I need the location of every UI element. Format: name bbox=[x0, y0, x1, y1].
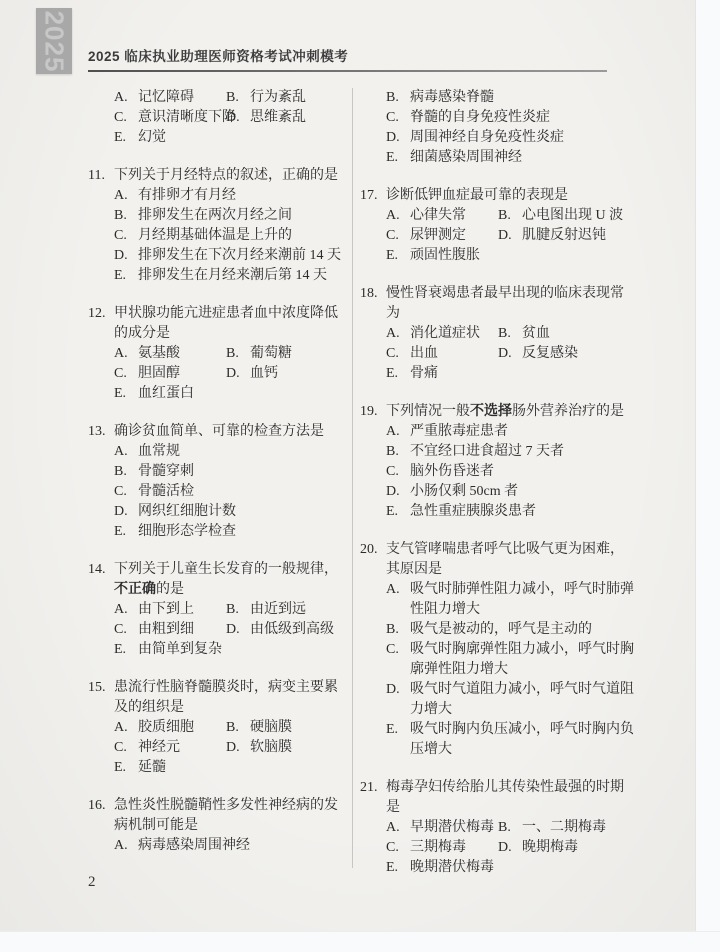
option-item: D.小肠仅剩 50cm 者 bbox=[386, 482, 637, 502]
option-text: 晚期潜伏梅毒 bbox=[410, 858, 498, 878]
question-number: 20. bbox=[360, 540, 386, 760]
option-item: C.三期梅毒 bbox=[386, 838, 498, 858]
option-text: 顽固性腹胀 bbox=[410, 246, 498, 266]
option-text: 早期潜伏梅毒 bbox=[410, 818, 498, 838]
option-item: A.心律失常 bbox=[386, 206, 498, 226]
option-label: C. bbox=[386, 344, 410, 364]
options-list: A.早期潜伏梅毒B.一、二期梅毒C.三期梅毒D.晚期梅毒E.晚期潜伏梅毒 bbox=[386, 818, 637, 878]
option-label: B. bbox=[498, 324, 522, 344]
option-item: D.排卵发生在下次月经来潮前 14 天 bbox=[114, 246, 350, 266]
option-label: D. bbox=[226, 108, 250, 128]
question-stem: 急性炎性脱髓鞘性多发性神经病的发病机制可能是 bbox=[114, 796, 350, 836]
option-label: D. bbox=[226, 620, 250, 640]
option-label: E. bbox=[114, 128, 138, 148]
option-label: D. bbox=[498, 226, 522, 246]
question-number: 16. bbox=[88, 796, 114, 856]
options-list: A.心律失常B.心电图出现 U 波C.尿钾测定D.肌腱反射迟钝E.顽固性腹胀 bbox=[386, 206, 637, 266]
option-item: C.出血 bbox=[386, 344, 498, 364]
option-text: 骨痛 bbox=[410, 364, 498, 384]
stem-segment: 梅毒孕妇传给胎儿其传染性最强的时期是 bbox=[386, 780, 624, 815]
stem-segment: 肠外营养治疗的是 bbox=[512, 404, 624, 419]
option-item: D.肌腱反射迟钝 bbox=[498, 226, 637, 246]
options-list: A.病毒感染周围神经 bbox=[114, 836, 350, 856]
option-text: 氨基酸 bbox=[138, 344, 226, 364]
stem-segment: 下列关于儿童生长发育的一般规律， bbox=[114, 562, 338, 577]
stem-segment: 确诊贫血简单、可靠的检查方法是 bbox=[114, 424, 324, 439]
option-label: C. bbox=[114, 738, 138, 758]
option-item: E.幻觉 bbox=[114, 128, 226, 148]
stem-segment: 诊断低钾血症最可靠的表现是 bbox=[386, 188, 568, 203]
question-number: 19. bbox=[360, 402, 386, 522]
option-text: 葡萄糖 bbox=[250, 344, 350, 364]
option-text: 骨髓活检 bbox=[138, 482, 350, 502]
option-item: C.脑外伤昏迷者 bbox=[386, 462, 637, 482]
question-number bbox=[88, 88, 114, 148]
option-text: 由下到上 bbox=[138, 600, 226, 620]
option-item: A.有排卵才有月经 bbox=[114, 186, 350, 206]
options-list: A.消化道症状B.贫血C.出血D.反复感染E.骨痛 bbox=[386, 324, 637, 384]
option-label: C. bbox=[114, 226, 138, 246]
option-item: B.葡萄糖 bbox=[226, 344, 350, 364]
option-item: E.顽固性腹胀 bbox=[386, 246, 498, 266]
option-label: E. bbox=[114, 266, 138, 286]
question-item: 18.慢性肾衰竭患者最早出现的临床表现常为A.消化道症状B.贫血C.出血D.反复… bbox=[360, 284, 637, 384]
page-header-title: 2025 临床执业助理医师资格考试冲刺模考 bbox=[88, 45, 348, 65]
question-number: 11. bbox=[88, 166, 114, 286]
question-number: 15. bbox=[88, 678, 114, 778]
question-item: 15.患流行性脑脊髓膜炎时，病变主要累及的组织是A.胶质细胞B.硬脑膜C.神经元… bbox=[88, 678, 350, 778]
option-label: B. bbox=[226, 344, 250, 364]
options-list: A.胶质细胞B.硬脑膜C.神经元D.软脑膜E.延髓 bbox=[114, 718, 350, 778]
option-label: D. bbox=[226, 738, 250, 758]
option-text: 由粗到细 bbox=[138, 620, 226, 640]
page-number: 2 bbox=[88, 874, 96, 891]
option-label: B. bbox=[386, 88, 410, 108]
option-label: B. bbox=[226, 88, 250, 108]
option-item: B.吸气是被动的，呼气是主动的 bbox=[386, 620, 637, 640]
option-label: B. bbox=[226, 600, 250, 620]
option-label: E. bbox=[386, 246, 410, 266]
option-item: E.骨痛 bbox=[386, 364, 498, 384]
question-item: 19.下列情况一般不选择肠外营养治疗的是A.严重脓毒症患者B.不宜经口进食超过 … bbox=[360, 402, 637, 522]
option-text: 三期梅毒 bbox=[410, 838, 498, 858]
option-text: 血钙 bbox=[250, 364, 350, 384]
option-text: 由近到远 bbox=[250, 600, 350, 620]
option-label: E. bbox=[386, 148, 410, 168]
option-item: B.由近到远 bbox=[226, 600, 350, 620]
option-item: E.由简单到复杂 bbox=[114, 640, 226, 660]
option-text: 贫血 bbox=[522, 324, 637, 344]
question-number: 12. bbox=[88, 304, 114, 404]
stem-segment: 下列关于月经特点的叙述，正确的是 bbox=[114, 168, 338, 183]
option-item: E.排卵发生在月经来潮后第 14 天 bbox=[114, 266, 350, 286]
option-text: 细胞形态学检查 bbox=[138, 522, 350, 542]
question-stem: 慢性肾衰竭患者最早出现的临床表现常为 bbox=[386, 284, 637, 324]
question-body: 下列关于儿童生长发育的一般规律，不正确的是A.由下到上B.由近到远C.由粗到细D… bbox=[114, 560, 350, 660]
options-list: A.记忆障碍B.行为紊乱C.意识清晰度下降D.思维紊乱E.幻觉 bbox=[114, 88, 350, 148]
option-text: 有排卵才有月经 bbox=[138, 186, 350, 206]
option-label: A. bbox=[114, 344, 138, 364]
option-item: B.硬脑膜 bbox=[226, 718, 350, 738]
option-label: D. bbox=[498, 838, 522, 858]
option-item: A.胶质细胞 bbox=[114, 718, 226, 738]
option-label: B. bbox=[386, 442, 410, 462]
question-stem: 下列情况一般不选择肠外营养治疗的是 bbox=[386, 402, 637, 422]
option-text: 软脑膜 bbox=[250, 738, 350, 758]
options-list: B.病毒感染脊髓C.脊髓的自身免疫性炎症D.周围神经自身免疫性炎症E.细菌感染周… bbox=[386, 88, 637, 168]
question-item: 21.梅毒孕妇传给胎儿其传染性最强的时期是A.早期潜伏梅毒B.一、二期梅毒C.三… bbox=[360, 778, 637, 878]
column-divider bbox=[352, 88, 353, 868]
option-item: C.神经元 bbox=[114, 738, 226, 758]
stem-segment: 的是 bbox=[156, 582, 184, 597]
option-text: 一、二期梅毒 bbox=[522, 818, 637, 838]
option-text: 晚期梅毒 bbox=[522, 838, 637, 858]
option-item: D.思维紊乱 bbox=[226, 108, 350, 128]
option-item: C.脊髓的自身免疫性炎症 bbox=[386, 108, 637, 128]
option-item: D.软脑膜 bbox=[226, 738, 350, 758]
option-item: B.行为紊乱 bbox=[226, 88, 350, 108]
stem-bold-segment: 不正确 bbox=[114, 582, 156, 597]
option-item: A.消化道症状 bbox=[386, 324, 498, 344]
option-label: B. bbox=[226, 718, 250, 738]
option-text: 尿钾测定 bbox=[410, 226, 498, 246]
option-item: C.胆固醇 bbox=[114, 364, 226, 384]
option-item: A.由下到上 bbox=[114, 600, 226, 620]
option-label: C. bbox=[114, 364, 138, 384]
option-text: 月经期基础体温是上升的 bbox=[138, 226, 350, 246]
option-text: 幻觉 bbox=[138, 128, 226, 148]
option-label: C. bbox=[386, 838, 410, 858]
question-stem: 确诊贫血简单、可靠的检查方法是 bbox=[114, 422, 350, 442]
option-item: D.晚期梅毒 bbox=[498, 838, 637, 858]
option-text: 排卵发生在两次月经之间 bbox=[138, 206, 350, 226]
question-number bbox=[360, 88, 386, 168]
option-item: E.吸气时胸内负压减小，呼气时胸内负压增大 bbox=[386, 720, 637, 760]
option-label: A. bbox=[114, 600, 138, 620]
question-item: A.记忆障碍B.行为紊乱C.意识清晰度下降D.思维紊乱E.幻觉 bbox=[88, 88, 350, 148]
option-item: C.意识清晰度下降 bbox=[114, 108, 226, 128]
year-bookmark-tab: 2025 bbox=[36, 8, 72, 74]
options-list: A.氨基酸B.葡萄糖C.胆固醇D.血钙E.血红蛋白 bbox=[114, 344, 350, 404]
option-text: 吸气时胸廓弹性阻力减小，呼气时胸廓弹性阻力增大 bbox=[410, 640, 637, 680]
option-item: D.反复感染 bbox=[498, 344, 637, 364]
option-item: E.血红蛋白 bbox=[114, 384, 226, 404]
option-item: E.晚期潜伏梅毒 bbox=[386, 858, 498, 878]
question-item: 20.支气管哮喘患者呼气比吸气更为困难，其原因是A.吸气时肺弹性阻力减小，呼气时… bbox=[360, 540, 637, 760]
options-list: A.血常规B.骨髓穿刺C.骨髓活检D.网织红细胞计数E.细胞形态学检查 bbox=[114, 442, 350, 542]
header-rule bbox=[88, 70, 607, 72]
option-item: A.记忆障碍 bbox=[114, 88, 226, 108]
option-label: E. bbox=[386, 502, 410, 522]
option-text: 骨髓穿刺 bbox=[138, 462, 350, 482]
question-body: A.记忆障碍B.行为紊乱C.意识清晰度下降D.思维紊乱E.幻觉 bbox=[114, 88, 350, 148]
option-item: A.病毒感染周围神经 bbox=[114, 836, 350, 856]
option-text: 肌腱反射迟钝 bbox=[522, 226, 637, 246]
option-text: 严重脓毒症患者 bbox=[410, 422, 637, 442]
option-text: 病毒感染周围神经 bbox=[138, 836, 350, 856]
option-label: B. bbox=[498, 818, 522, 838]
option-label: C. bbox=[386, 640, 410, 680]
stem-segment: 支气管哮喘患者呼气比吸气更为困难，其原因是 bbox=[386, 542, 624, 577]
option-text: 网织红细胞计数 bbox=[138, 502, 350, 522]
option-item: B.一、二期梅毒 bbox=[498, 818, 637, 838]
question-item: 16.急性炎性脱髓鞘性多发性神经病的发病机制可能是A.病毒感染周围神经 bbox=[88, 796, 350, 856]
question-number: 21. bbox=[360, 778, 386, 878]
option-label: A. bbox=[114, 442, 138, 462]
stem-segment: 下列情况一般 bbox=[386, 404, 470, 419]
option-text: 小肠仅剩 50cm 者 bbox=[410, 482, 637, 502]
option-label: A. bbox=[114, 88, 138, 108]
question-stem: 诊断低钾血症最可靠的表现是 bbox=[386, 186, 637, 206]
option-item: D.吸气时气道阻力减小，呼气时气道阻力增大 bbox=[386, 680, 637, 720]
question-stem: 患流行性脑脊髓膜炎时，病变主要累及的组织是 bbox=[114, 678, 350, 718]
option-label: E. bbox=[386, 858, 410, 878]
option-text: 出血 bbox=[410, 344, 498, 364]
stem-segment: 甲状腺功能亢进症患者血中浓度降低的成分是 bbox=[114, 306, 338, 341]
stem-bold-segment: 不选择 bbox=[470, 404, 512, 419]
question-body: 梅毒孕妇传给胎儿其传染性最强的时期是A.早期潜伏梅毒B.一、二期梅毒C.三期梅毒… bbox=[386, 778, 637, 878]
option-label: E. bbox=[386, 364, 410, 384]
options-list: A.严重脓毒症患者B.不宜经口进食超过 7 天者C.脑外伤昏迷者D.小肠仅剩 5… bbox=[386, 422, 637, 522]
option-item: D.血钙 bbox=[226, 364, 350, 384]
option-label: B. bbox=[114, 206, 138, 226]
option-item: B.骨髓穿刺 bbox=[114, 462, 350, 482]
options-list: A.吸气时肺弹性阻力减小，呼气时肺弹性阻力增大B.吸气是被动的，呼气是主动的C.… bbox=[386, 580, 637, 760]
option-item: B.病毒感染脊髓 bbox=[386, 88, 637, 108]
option-item: D.由低级到高级 bbox=[226, 620, 350, 640]
option-text: 排卵发生在月经来潮后第 14 天 bbox=[138, 266, 350, 286]
option-text: 意识清晰度下降 bbox=[138, 108, 236, 128]
question-item: 17.诊断低钾血症最可靠的表现是A.心律失常B.心电图出现 U 波C.尿钾测定D… bbox=[360, 186, 637, 266]
question-item: 13.确诊贫血简单、可靠的检查方法是A.血常规B.骨髓穿刺C.骨髓活检D.网织红… bbox=[88, 422, 350, 542]
question-item: 14.下列关于儿童生长发育的一般规律，不正确的是A.由下到上B.由近到远C.由粗… bbox=[88, 560, 350, 660]
option-text: 消化道症状 bbox=[410, 324, 498, 344]
question-body: 患流行性脑脊髓膜炎时，病变主要累及的组织是A.胶质细胞B.硬脑膜C.神经元D.软… bbox=[114, 678, 350, 778]
question-stem: 甲状腺功能亢进症患者血中浓度降低的成分是 bbox=[114, 304, 350, 344]
question-item: 12.甲状腺功能亢进症患者血中浓度降低的成分是A.氨基酸B.葡萄糖C.胆固醇D.… bbox=[88, 304, 350, 404]
option-text: 细菌感染周围神经 bbox=[410, 148, 637, 168]
option-label: A. bbox=[114, 836, 138, 856]
option-label: B. bbox=[114, 462, 138, 482]
question-item: B.病毒感染脊髓C.脊髓的自身免疫性炎症D.周围神经自身免疫性炎症E.细菌感染周… bbox=[360, 88, 637, 168]
option-label: D. bbox=[386, 482, 410, 502]
option-label: C. bbox=[114, 482, 138, 502]
option-item: B.不宜经口进食超过 7 天者 bbox=[386, 442, 637, 462]
option-label: C. bbox=[114, 108, 138, 128]
option-item: D.网织红细胞计数 bbox=[114, 502, 350, 522]
stem-segment: 慢性肾衰竭患者最早出现的临床表现常为 bbox=[386, 286, 624, 321]
option-label: C. bbox=[386, 108, 410, 128]
question-number: 13. bbox=[88, 422, 114, 542]
option-label: A. bbox=[386, 818, 410, 838]
option-item: E.急性重症胰腺炎患者 bbox=[386, 502, 637, 522]
stem-segment: 急性炎性脱髓鞘性多发性神经病的发病机制可能是 bbox=[114, 798, 338, 833]
option-item: E.延髓 bbox=[114, 758, 226, 778]
option-label: E. bbox=[114, 522, 138, 542]
option-label: A. bbox=[386, 206, 410, 226]
question-body: 急性炎性脱髓鞘性多发性神经病的发病机制可能是A.病毒感染周围神经 bbox=[114, 796, 350, 856]
option-text: 硬脑膜 bbox=[250, 718, 350, 738]
column-left: A.记忆障碍B.行为紊乱C.意识清晰度下降D.思维紊乱E.幻觉11.下列关于月经… bbox=[88, 88, 350, 874]
option-label: D. bbox=[386, 128, 410, 148]
option-label: D. bbox=[498, 344, 522, 364]
option-text: 心律失常 bbox=[410, 206, 498, 226]
options-list: A.由下到上B.由近到远C.由粗到细D.由低级到高级E.由简单到复杂 bbox=[114, 600, 350, 660]
option-label: C. bbox=[386, 226, 410, 246]
option-text: 吸气时气道阻力减小，呼气时气道阻力增大 bbox=[410, 680, 637, 720]
option-text: 由简单到复杂 bbox=[138, 640, 226, 660]
option-label: E. bbox=[114, 758, 138, 778]
option-text: 病毒感染脊髓 bbox=[410, 88, 637, 108]
option-label: D. bbox=[114, 246, 138, 266]
option-label: A. bbox=[114, 186, 138, 206]
question-body: 确诊贫血简单、可靠的检查方法是A.血常规B.骨髓穿刺C.骨髓活检D.网织红细胞计… bbox=[114, 422, 350, 542]
option-text: 吸气时胸内负压减小，呼气时胸内负压增大 bbox=[410, 720, 637, 760]
option-text: 延髓 bbox=[138, 758, 226, 778]
option-text: 血常规 bbox=[138, 442, 350, 462]
photo-right-edge bbox=[695, 0, 720, 952]
option-label: E. bbox=[386, 720, 410, 760]
option-item: B.排卵发生在两次月经之间 bbox=[114, 206, 350, 226]
option-label: D. bbox=[386, 680, 410, 720]
option-item: A.氨基酸 bbox=[114, 344, 226, 364]
option-text: 反复感染 bbox=[522, 344, 637, 364]
option-text: 胶质细胞 bbox=[138, 718, 226, 738]
question-stem: 支气管哮喘患者呼气比吸气更为困难，其原因是 bbox=[386, 540, 637, 580]
question-number: 17. bbox=[360, 186, 386, 266]
option-text: 不宜经口进食超过 7 天者 bbox=[410, 442, 637, 462]
question-body: 下列关于月经特点的叙述，正确的是A.有排卵才有月经B.排卵发生在两次月经之间C.… bbox=[114, 166, 350, 286]
option-label: A. bbox=[386, 324, 410, 344]
option-item: A.吸气时肺弹性阻力减小，呼气时肺弹性阻力增大 bbox=[386, 580, 637, 620]
question-body: B.病毒感染脊髓C.脊髓的自身免疫性炎症D.周围神经自身免疫性炎症E.细菌感染周… bbox=[386, 88, 637, 168]
option-text: 急性重症胰腺炎患者 bbox=[410, 502, 637, 522]
option-text: 胆固醇 bbox=[138, 364, 226, 384]
option-text: 神经元 bbox=[138, 738, 226, 758]
question-body: 下列情况一般不选择肠外营养治疗的是A.严重脓毒症患者B.不宜经口进食超过 7 天… bbox=[386, 402, 637, 522]
column-right: B.病毒感染脊髓C.脊髓的自身免疫性炎症D.周围神经自身免疫性炎症E.细菌感染周… bbox=[360, 88, 637, 896]
option-item: B.心电图出现 U 波 bbox=[498, 206, 637, 226]
question-stem: 下列关于儿童生长发育的一般规律，不正确的是 bbox=[114, 560, 350, 600]
option-label: C. bbox=[114, 620, 138, 640]
option-label: A. bbox=[114, 718, 138, 738]
option-text: 由低级到高级 bbox=[250, 620, 350, 640]
option-label: C. bbox=[386, 462, 410, 482]
question-body: 慢性肾衰竭患者最早出现的临床表现常为A.消化道症状B.贫血C.出血D.反复感染E… bbox=[386, 284, 637, 384]
question-number: 18. bbox=[360, 284, 386, 384]
option-text: 血红蛋白 bbox=[138, 384, 226, 404]
option-item: C.吸气时胸廓弹性阻力减小，呼气时胸廓弹性阻力增大 bbox=[386, 640, 637, 680]
question-stem: 下列关于月经特点的叙述，正确的是 bbox=[114, 166, 350, 186]
photo-bottom-edge bbox=[0, 931, 720, 952]
option-label: D. bbox=[226, 364, 250, 384]
option-item: C.由粗到细 bbox=[114, 620, 226, 640]
option-item: A.早期潜伏梅毒 bbox=[386, 818, 498, 838]
option-text: 思维紊乱 bbox=[250, 108, 350, 128]
stem-segment: 患流行性脑脊髓膜炎时，病变主要累及的组织是 bbox=[114, 680, 338, 715]
option-label: B. bbox=[386, 620, 410, 640]
option-text: 行为紊乱 bbox=[250, 88, 350, 108]
question-stem: 梅毒孕妇传给胎儿其传染性最强的时期是 bbox=[386, 778, 637, 818]
option-text: 脑外伤昏迷者 bbox=[410, 462, 637, 482]
option-label: E. bbox=[114, 384, 138, 404]
option-label: B. bbox=[498, 206, 522, 226]
option-text: 吸气是被动的，呼气是主动的 bbox=[410, 620, 637, 640]
options-list: A.有排卵才有月经B.排卵发生在两次月经之间C.月经期基础体温是上升的D.排卵发… bbox=[114, 186, 350, 286]
question-number: 14. bbox=[88, 560, 114, 660]
option-text: 脊髓的自身免疫性炎症 bbox=[410, 108, 637, 128]
option-text: 周围神经自身免疫性炎症 bbox=[410, 128, 637, 148]
option-item: A.严重脓毒症患者 bbox=[386, 422, 637, 442]
option-label: D. bbox=[114, 502, 138, 522]
question-body: 诊断低钾血症最可靠的表现是A.心律失常B.心电图出现 U 波C.尿钾测定D.肌腱… bbox=[386, 186, 637, 266]
option-item: A.血常规 bbox=[114, 442, 350, 462]
option-item: D.周围神经自身免疫性炎症 bbox=[386, 128, 637, 148]
option-text: 记忆障碍 bbox=[138, 88, 226, 108]
year-tab-label: 2025 bbox=[39, 10, 70, 72]
option-label: E. bbox=[114, 640, 138, 660]
question-body: 甲状腺功能亢进症患者血中浓度降低的成分是A.氨基酸B.葡萄糖C.胆固醇D.血钙E… bbox=[114, 304, 350, 404]
option-item: B.贫血 bbox=[498, 324, 637, 344]
option-item: C.骨髓活检 bbox=[114, 482, 350, 502]
option-text: 吸气时肺弹性阻力减小，呼气时肺弹性阻力增大 bbox=[410, 580, 637, 620]
option-item: C.尿钾测定 bbox=[386, 226, 498, 246]
option-item: E.细菌感染周围神经 bbox=[386, 148, 637, 168]
option-item: E.细胞形态学检查 bbox=[114, 522, 350, 542]
option-text: 排卵发生在下次月经来潮前 14 天 bbox=[138, 246, 350, 266]
option-label: A. bbox=[386, 580, 410, 620]
option-item: C.月经期基础体温是上升的 bbox=[114, 226, 350, 246]
question-body: 支气管哮喘患者呼气比吸气更为困难，其原因是A.吸气时肺弹性阻力减小，呼气时肺弹性… bbox=[386, 540, 637, 760]
question-item: 11.下列关于月经特点的叙述，正确的是A.有排卵才有月经B.排卵发生在两次月经之… bbox=[88, 166, 350, 286]
option-label: A. bbox=[386, 422, 410, 442]
option-text: 心电图出现 U 波 bbox=[522, 206, 637, 226]
